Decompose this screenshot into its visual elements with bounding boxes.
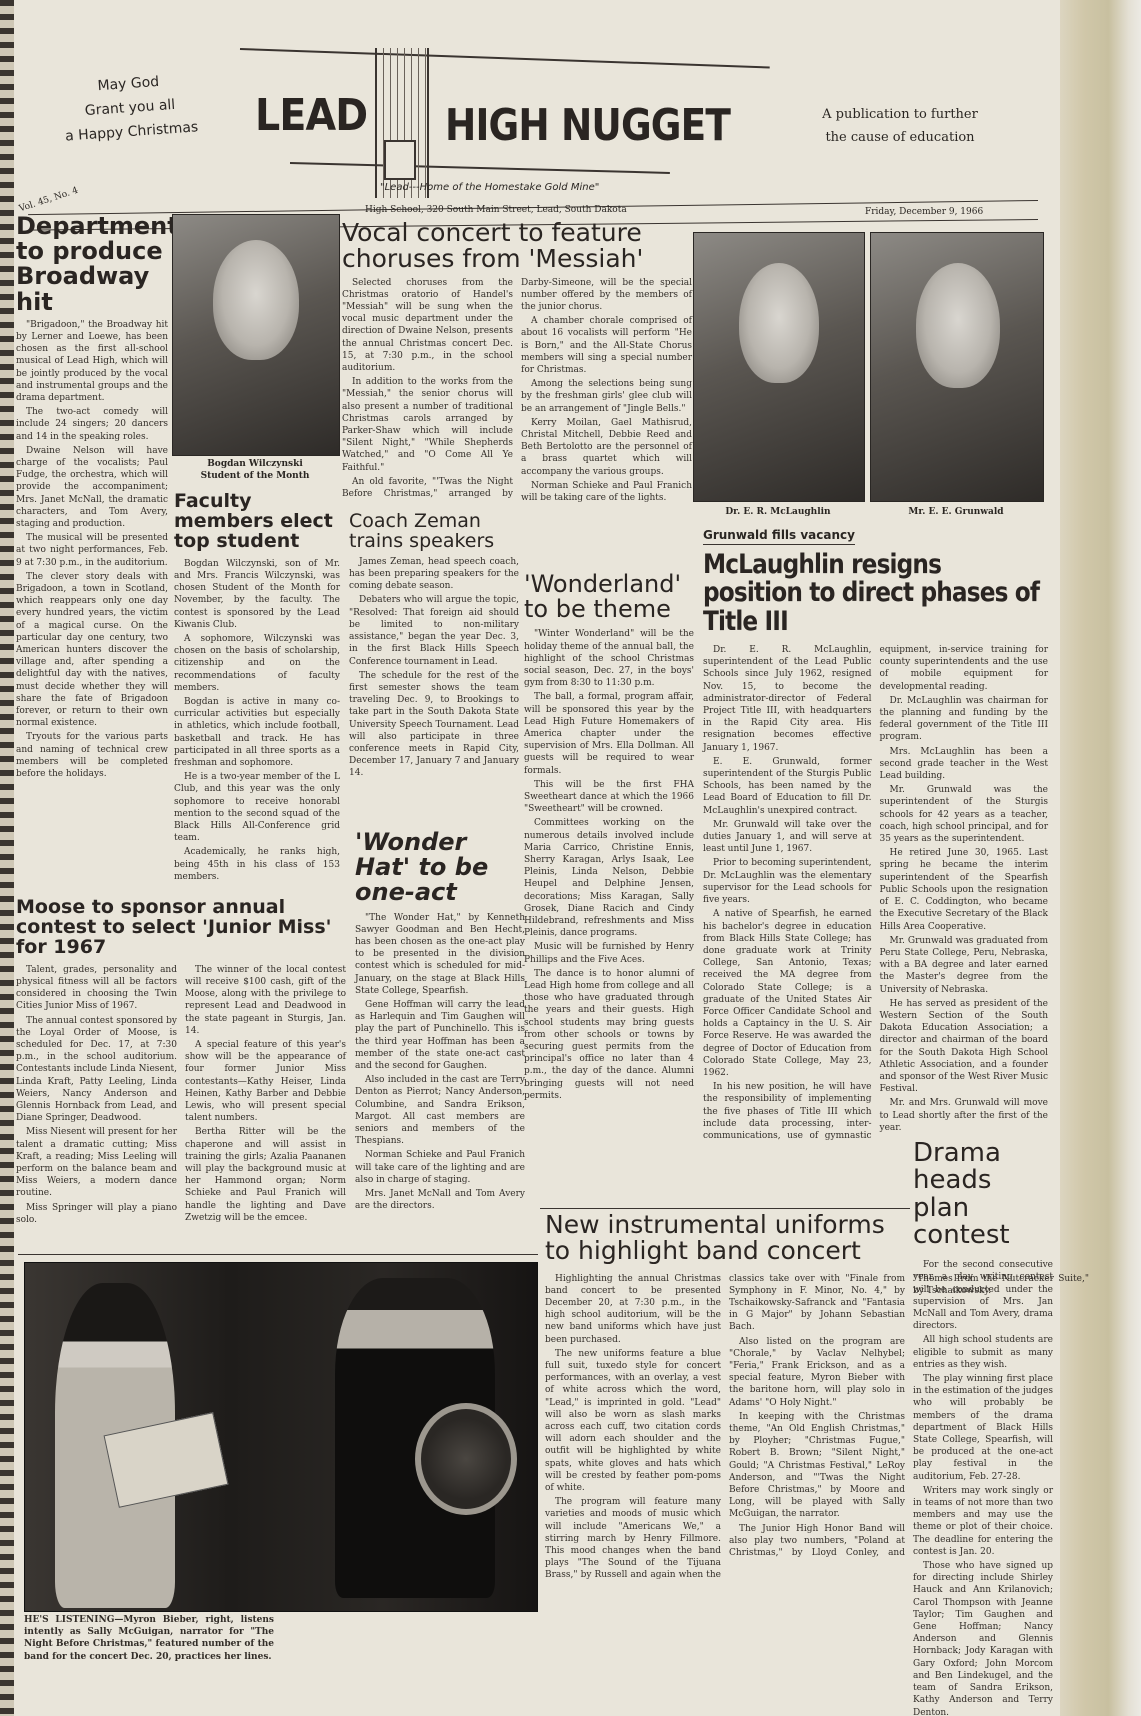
headline: 'Wonder Hat' to be one-act <box>355 830 525 906</box>
paragraph: Miss Niesent will present for her talent… <box>16 1126 177 1199</box>
paragraph: Highlighting the annual Christmas band c… <box>545 1273 721 1346</box>
paragraph: Mrs. Janet McNall and Tom Avery are the … <box>355 1188 525 1212</box>
paragraph: Talent, grades, personality and physical… <box>16 964 177 1013</box>
page-stack-edge <box>1060 0 1141 1716</box>
paragraph: The schedule for the rest of the first s… <box>349 670 519 780</box>
article-body: Dr. E. R. McLaughlin, superintendent of … <box>703 644 1048 1154</box>
paragraph: E. E. Grunwald, former superintendent of… <box>703 756 872 817</box>
paragraph: The winner of the local contest will rec… <box>185 964 346 1037</box>
masthead-motto: "Lead---Home of the Homestake Gold Mine" <box>380 182 599 193</box>
headline: McLaughlin resigns position to direct ph… <box>703 551 1047 636</box>
masthead-tagline: A publication to further the cause of ed… <box>815 103 985 149</box>
headline: Vocal concert to feature choruses from '… <box>342 220 692 273</box>
kicker: Grunwald fills vacancy <box>703 528 855 545</box>
masthead-title-right: HIGH NUGGET <box>445 100 730 151</box>
tagline-line: A publication to further <box>815 103 985 126</box>
article-faculty: Faculty members elect top student Bogdan… <box>174 492 340 885</box>
caption-name: Bogdan Wilczynski <box>172 458 338 470</box>
article-body: For the second consecutive year, a play … <box>913 1259 1053 1716</box>
article-broadway: Departments to produce Broadway hit "Bri… <box>16 214 168 782</box>
article-body: Talent, grades, personality and physical… <box>16 964 346 1264</box>
photo-caption-left: Dr. E. R. McLaughlin <box>693 506 863 518</box>
article-mclaughlin: Grunwald fills vacancy McLaughlin resign… <box>703 524 1048 1154</box>
paragraph: Bogdan Wilczynski, son of Mr. and Mrs. F… <box>174 558 340 631</box>
paragraph: The musical will be presented at two nig… <box>16 532 168 569</box>
headline: New instrumental uniforms to highlight b… <box>545 1212 905 1265</box>
paragraph: A sophomore, Wilczynski was chosen on th… <box>174 633 340 694</box>
paragraph: Mr. Grunwald will take over the duties J… <box>703 819 872 856</box>
paragraph: Selected choruses from the Christmas ora… <box>342 277 513 375</box>
paragraph: Norman Schieke and Paul Franich will be … <box>521 480 692 504</box>
paragraph: Dr. E. R. McLaughlin, superintendent of … <box>703 644 872 754</box>
paragraph: Dwaine Nelson will have charge of the vo… <box>16 445 168 530</box>
paragraph: He is a two-year member of the L Club, a… <box>174 771 340 844</box>
article-body: Highlighting the annual Christmas band c… <box>545 1273 905 1583</box>
paragraph: In addition to the works from the "Messi… <box>342 376 513 474</box>
school-address: High School, 320 South Main Street, Lead… <box>365 205 627 215</box>
paragraph: Mr. Grunwald was the superintendent of t… <box>880 784 1049 845</box>
paragraph: He has served as president of the Wester… <box>880 998 1049 1096</box>
article-vocal-concert: Vocal concert to feature choruses from '… <box>342 220 692 517</box>
paragraph: Mrs. McLaughlin has been a second grade … <box>880 746 1049 783</box>
article-body: "Winter Wonderland" will be the holiday … <box>524 628 694 1102</box>
band-photo-caption: HE'S LISTENING—Myron Bieber, right, list… <box>24 1614 274 1663</box>
headline: Drama heads plan contest <box>913 1140 1053 1249</box>
paragraph: Also included in the cast are Terry Dent… <box>355 1074 525 1147</box>
paragraph: The two-act comedy will include 24 singe… <box>16 406 168 443</box>
paragraph: Prior to becoming superintendent, Dr. Mc… <box>703 857 872 906</box>
paragraph: James Zeman, head speech coach, has been… <box>349 556 519 593</box>
paragraph: Those who have signed up for directing i… <box>913 1560 1053 1716</box>
photo-caption: Bogdan Wilczynski Student of the Month <box>172 458 338 482</box>
paragraph: Kerry Moilan, Gael Mathisrud, Christal M… <box>521 417 692 478</box>
headline: 'Wonderland' to be theme <box>524 572 694 622</box>
paragraph: Writers may work singly or in teams of n… <box>913 1485 1053 1558</box>
headline: Coach Zeman trains speakers <box>349 512 519 552</box>
section-rule <box>540 1208 910 1209</box>
student-portrait-photo <box>172 214 340 456</box>
baritone-horn-image <box>415 1403 517 1515</box>
paragraph: Dr. McLaughlin was chairman for the plan… <box>880 695 1049 744</box>
paragraph: For the second consecutive year, a play … <box>913 1259 1053 1332</box>
headline: Departments to produce Broadway hit <box>16 214 168 315</box>
masthead-title-left: LEAD <box>255 90 367 141</box>
paragraph: Miss Springer will play a piano solo. <box>16 1202 177 1226</box>
article-body: James Zeman, head speech coach, has been… <box>349 556 519 780</box>
paragraph: The clever story deals with Brigadoon, a… <box>16 571 168 730</box>
paragraph: He retired June 30, 1965. Last spring he… <box>880 847 1049 932</box>
paragraph: Debaters who will argue the topic, "Reso… <box>349 594 519 667</box>
article-coach-zeman: Coach Zeman trains speakers James Zeman,… <box>349 512 519 782</box>
band-concert-photo <box>24 1262 538 1612</box>
photo-caption-right: Mr. E. E. Grunwald <box>870 506 1042 518</box>
paragraph: Music will be furnished by Henry Phillip… <box>524 941 694 965</box>
article-body: Selected choruses from the Christmas ora… <box>342 277 692 517</box>
paragraph: Mr. Grunwald was graduated from Peru Sta… <box>880 935 1049 996</box>
paragraph: A chamber chorale comprised of about 16 … <box>521 315 692 376</box>
article-drama: Drama heads plan contest For the second … <box>913 1140 1053 1716</box>
paragraph: All high school students are eligible to… <box>913 1334 1053 1371</box>
headline: Moose to sponsor annual contest to selec… <box>16 898 346 958</box>
paragraph: "Winter Wonderland" will be the holiday … <box>524 628 694 689</box>
headline: Faculty members elect top student <box>174 492 340 552</box>
article-wonder-hat: 'Wonder Hat' to be one-act "The Wonder H… <box>355 830 525 1214</box>
issue-date: Friday, December 9, 1966 <box>865 207 983 217</box>
paragraph: Norman Schieke and Paul Franich will tak… <box>355 1149 525 1186</box>
paragraph: "Brigadoon," the Broadway hit by Lerner … <box>16 319 168 404</box>
paragraph: The play winning first place in the esti… <box>913 1373 1053 1483</box>
binding-edge <box>0 0 14 1716</box>
article-body: "Brigadoon," the Broadway hit by Lerner … <box>16 319 168 781</box>
paragraph: Bertha Ritter will be the chaperone and … <box>185 1126 346 1224</box>
paragraph: Also listed on the program are "Chorale,… <box>729 1336 905 1409</box>
article-wonderland: 'Wonderland' to be theme "Winter Wonderl… <box>524 572 694 1104</box>
paragraph: This will be the first FHA Sweetheart da… <box>524 779 694 816</box>
article-body: "The Wonder Hat," by Kenneth Sawyer Good… <box>355 912 525 1213</box>
paragraph: Committees working on the numerous detai… <box>524 817 694 939</box>
paragraph: The annual contest sponsored by the Loya… <box>16 1015 177 1125</box>
paragraph: Academically, he ranks high, being 45th … <box>174 846 340 883</box>
section-rule <box>18 1254 538 1255</box>
caption-lead: HE'S LISTENING <box>24 1615 114 1625</box>
face-image <box>739 263 819 383</box>
christmas-greeting: May God Grant you all a Happy Christmas <box>53 67 208 149</box>
paragraph: In keeping with the Christmas theme, "An… <box>729 1411 905 1521</box>
paragraph: A special feature of this year's show wi… <box>185 1039 346 1124</box>
article-moose: Moose to sponsor annual contest to selec… <box>16 898 346 1264</box>
face-image <box>213 240 299 360</box>
article-uniforms: New instrumental uniforms to highlight b… <box>545 1212 905 1583</box>
paragraph: Gene Hoffman will carry the lead as Harl… <box>355 999 525 1072</box>
tagline-line: the cause of education <box>815 126 985 149</box>
paragraph: Among the selections being sung by the f… <box>521 378 692 415</box>
paragraph: Bogdan is active in many co-curricular a… <box>174 696 340 769</box>
headframe-door-icon <box>384 140 416 180</box>
paragraph: A native of Spearfish, he earned his bac… <box>703 908 872 1079</box>
grunwald-portrait-photo <box>870 232 1044 502</box>
paragraph: Tryouts for the various parts and naming… <box>16 731 168 780</box>
article-body: Bogdan Wilczynski, son of Mr. and Mrs. F… <box>174 558 340 883</box>
paragraph: The dance is to honor alumni of Lead Hig… <box>524 968 694 1102</box>
paragraph: "The Wonder Hat," by Kenneth Sawyer Good… <box>355 912 525 997</box>
caption-title: Student of the Month <box>172 470 338 482</box>
paragraph: The ball, a formal, program affair, will… <box>524 691 694 776</box>
paragraph: The new uniforms feature a blue full sui… <box>545 1348 721 1494</box>
face-image <box>916 263 1000 388</box>
mclaughlin-portrait-photo <box>693 232 865 502</box>
paragraph: Mr. and Mrs. Grunwald will move to Lead … <box>880 1097 1049 1134</box>
